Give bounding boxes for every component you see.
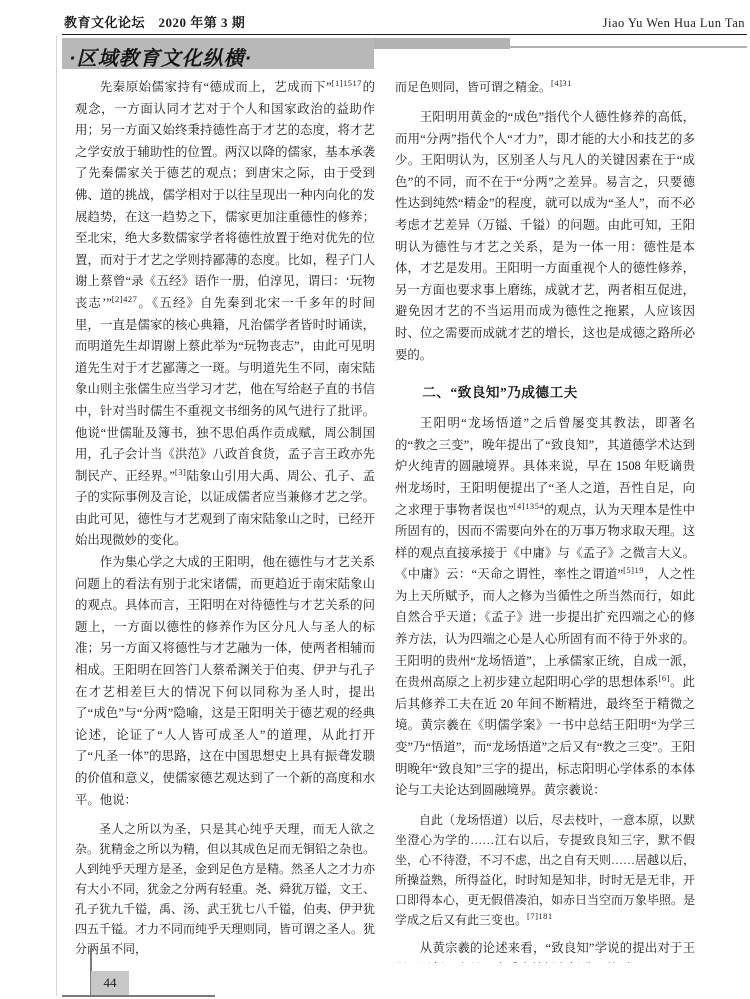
- footer-horizontal-line: [62, 995, 215, 997]
- citation-ref: [7]181: [527, 911, 553, 921]
- paragraph-1: 先秦原始儒家持有“德成而上，艺成而下”[1]1517的观念，一方面认同才艺对于个…: [75, 77, 375, 552]
- text-run: 王阳明用黄金的“成色”指代个人德性修养的高低，而用“分两”指代个人“才力”，即才…: [395, 110, 695, 362]
- text-run: 作为集心学之大成的王阳明，他在德性与才艺关系问题上的看法有别于北宋诸儒，而更趋近…: [75, 555, 375, 807]
- paragraph-5: 从黄宗羲的论述来看，“致良知”学说的提出对于王阳明思想而言是一次重大转折和提升，…: [395, 938, 695, 963]
- text-run: 先秦原始儒家持有“德成而上，艺成而下”: [100, 80, 332, 94]
- text-run: 的观念，一方面认同才艺对于个人和国家政治的益助作用；另一方面又始终秉持德性高于才…: [75, 80, 375, 310]
- text-run: 王阳明“龙场悟道”之后曾屡变其教法，即著名的“教之三变”，晚年提出了“致良知”，…: [395, 416, 695, 516]
- text-run: 。此后其修养工夫在近 20 年间不断精进，最终至于精微之境。黄宗羲在《明儒学案》…: [395, 675, 695, 797]
- block-quote-1-continuation: 而足色则同，皆可谓之精金。[4]31: [395, 77, 695, 97]
- banner-thin-line: [510, 46, 747, 48]
- page-margin-line: [56, 36, 57, 996]
- citation-ref: [4]31: [551, 78, 572, 88]
- section-heading: 二、“致良知”乃成德工夫: [395, 381, 695, 401]
- journal-title-cn: 教育文化论坛 2020 年第 3 期: [64, 12, 245, 31]
- journal-title-pinyin: Jiao Yu Wen Hua Lun Tan: [603, 16, 745, 31]
- paragraph-2: 作为集心学之大成的王阳明，他在德性与才艺关系问题上的看法有别于北宋诸儒，而更趋近…: [75, 552, 375, 811]
- block-quote-2: 自此（龙场悟道）以后，尽去枝叶，一意本原，以默坐澄心为学的……江右以后，专提致良…: [395, 810, 695, 930]
- banner-title: ·区域教育文化纵横·: [69, 42, 252, 71]
- journal-page: 教育文化论坛 2020 年第 3 期 Jiao Yu Wen Hua Lun T…: [0, 0, 750, 999]
- text-run: 从黄宗羲的论述来看，“致良知”学说的提出对于王阳明思想而言是一次重大转折和提升，…: [395, 941, 695, 963]
- text-run: ，人之性为上天所赋予，而人之修为当循性之所当然而行，如此自然合乎天道；《孟子》进…: [395, 567, 695, 689]
- section-banner: ·区域教育文化纵横·: [62, 35, 747, 72]
- citation-ref: [3]: [175, 467, 186, 477]
- text-run: 圣人之所以为圣，只是其心纯乎天理，而无人欲之杂。犹精金之所以为精，但以其成色足而…: [75, 822, 375, 956]
- page-number: 44: [91, 971, 129, 995]
- right-column: 而足色则同，皆可谓之精金。[4]31 王阳明用黄金的“成色”指代个人德性修养的高…: [395, 77, 695, 963]
- left-column: 先秦原始儒家持有“德成而上，艺成而下”[1]1517的观念，一方面认同才艺对于个…: [75, 77, 375, 963]
- page-header: 教育文化论坛 2020 年第 3 期 Jiao Yu Wen Hua Lun T…: [0, 0, 750, 31]
- text-run: 。《五经》自先秦到北宋一千多年的时间里，一直是儒家的核心典籍，凡治儒学者皆时时诵…: [75, 296, 375, 483]
- citation-ref: [4]1354: [514, 500, 544, 510]
- article-body: 先秦原始儒家持有“德成而上，艺成而下”[1]1517的观念，一方面认同才艺对于个…: [0, 72, 750, 963]
- paragraph-4: 王阳明“龙场悟道”之后曾屡变其教法，即著名的“教之三变”，晚年提出了“致良知”，…: [395, 413, 695, 802]
- citation-ref: [1]1517: [332, 78, 362, 88]
- paragraph-3: 王阳明用黄金的“成色”指代个人德性修养的高低，而用“分两”指代个人“才力”，即才…: [395, 107, 695, 366]
- citation-ref: [6]: [658, 673, 669, 683]
- text-run: 自此（龙场悟道）以后，尽去枝叶，一意本原，以默坐澄心为学的……江右以后，专提致良…: [395, 813, 695, 927]
- citation-ref: [5]19: [623, 565, 644, 575]
- text-run: 而足色则同，皆可谓之精金。: [395, 80, 551, 94]
- citation-ref: [2]427: [112, 294, 138, 304]
- block-quote-1: 圣人之所以为圣，只是其心纯乎天理，而无人欲之杂。犹精金之所以为精，但以其成色足而…: [75, 819, 375, 959]
